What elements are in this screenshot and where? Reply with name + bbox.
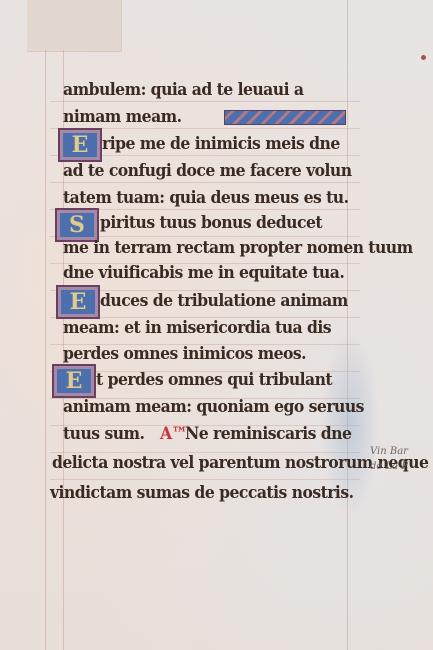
paper-repair-patch bbox=[27, 0, 122, 52]
ruling-line bbox=[50, 101, 360, 102]
ink-spot bbox=[421, 55, 426, 60]
text-line: meam: et in misericordia tua dis bbox=[63, 318, 331, 338]
illuminated-initial: E bbox=[56, 285, 100, 319]
line-filler-ornament bbox=[224, 110, 346, 125]
ruling-line-outer bbox=[45, 50, 46, 650]
ruling-line bbox=[50, 182, 360, 183]
text-line: dne viuificabis me in equitate tua. bbox=[63, 263, 344, 283]
text-line: duces de tribulatione animam bbox=[100, 291, 348, 311]
margin-note: Vin Bar bbox=[370, 446, 408, 457]
illuminated-initial: E bbox=[58, 128, 102, 162]
text-line: nimam meam. bbox=[63, 107, 182, 127]
text-line: tatem tuam: quia deus meus es tu. bbox=[63, 188, 349, 208]
rubric-antiphon-mark: A™ bbox=[160, 424, 187, 444]
text-line: perdes omnes inimicos meos. bbox=[63, 344, 306, 364]
text-line: Ne reminiscaris dne bbox=[185, 424, 351, 444]
ruling-line-right bbox=[347, 0, 348, 650]
text-line: piritus tuus bonus deducet bbox=[100, 213, 322, 233]
illuminated-initial: S bbox=[55, 208, 99, 242]
text-line: ad te confugi doce me facere volun bbox=[63, 161, 352, 181]
illuminated-initial: E bbox=[52, 364, 96, 398]
text-line: t perdes omnes qui tribulant bbox=[96, 370, 332, 390]
ruling-line bbox=[50, 479, 360, 480]
text-line: ambulem: quia ad te leuaui a bbox=[63, 80, 303, 100]
text-line: animam meam: quoniam ego seruus bbox=[63, 397, 364, 417]
text-line: vindictam sumas de peccatis nostris. bbox=[50, 483, 353, 503]
text-line: ripe me de inimicis meis dne bbox=[102, 134, 340, 154]
text-line: me in terram rectam propter nomen tuum bbox=[63, 238, 413, 258]
text-line: tuus sum. bbox=[63, 424, 144, 444]
margin-note: de La P bbox=[370, 461, 408, 472]
